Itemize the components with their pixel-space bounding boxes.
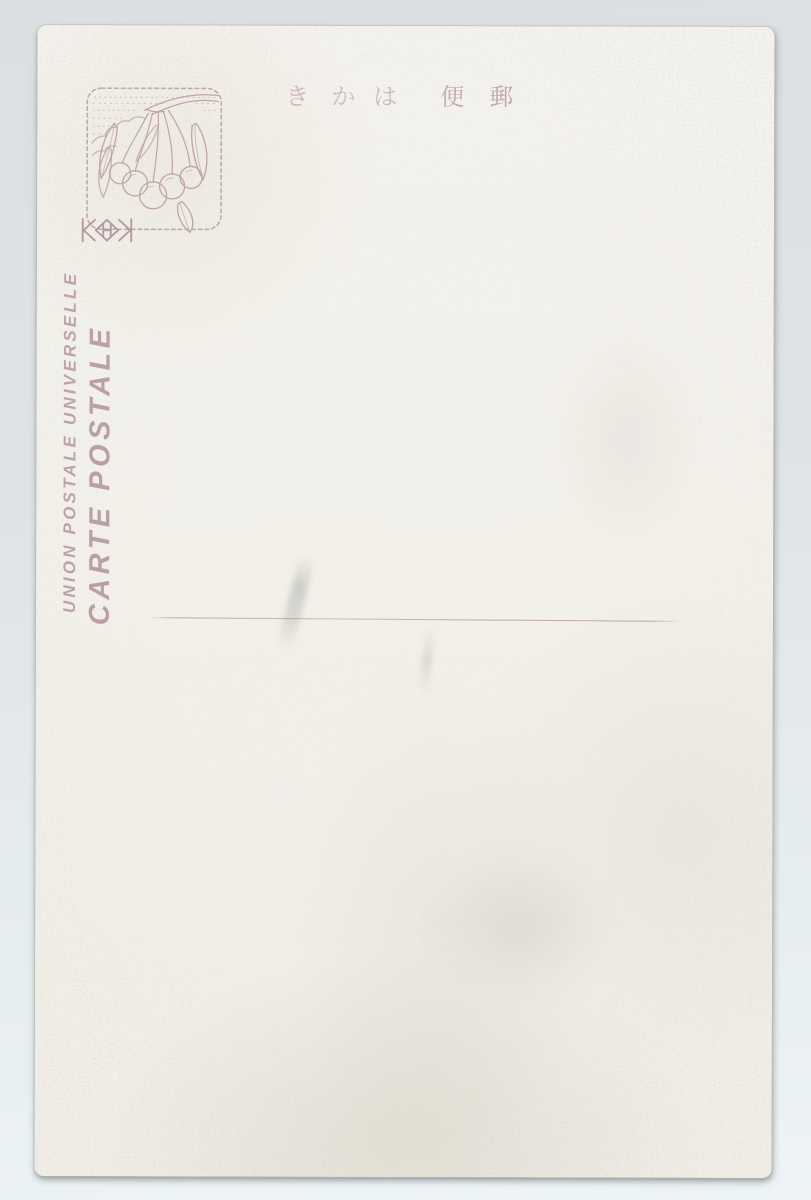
upu-side-text: UNION POSTALE UNIVERSELLE CARTE POSTALE bbox=[60, 293, 118, 625]
carte-postale-line: CARTE POSTALE bbox=[84, 293, 118, 625]
scan-background: { "postcard": { "top_label": { "chars": … bbox=[0, 0, 811, 1200]
postcard-top-label: き か は 便 郵 bbox=[37, 83, 774, 115]
smudge-mark bbox=[277, 553, 316, 650]
top-label-char: 便 bbox=[438, 84, 466, 112]
postcard-back: き か は 便 郵 UNION POSTALE UNIVERSELLE CART… bbox=[34, 25, 774, 1178]
address-divider-line bbox=[148, 617, 680, 623]
upu-line: UNION POSTALE UNIVERSELLE bbox=[60, 293, 81, 625]
top-label-char: き bbox=[283, 84, 311, 112]
stain-mark bbox=[425, 846, 615, 1006]
top-label-char: 郵 bbox=[487, 84, 515, 112]
khk-diamond-monogram-icon bbox=[79, 215, 135, 245]
smudge-mark bbox=[418, 626, 435, 697]
stain-mark bbox=[556, 326, 697, 546]
top-label-char: は bbox=[371, 84, 399, 112]
top-label-char: か bbox=[329, 84, 357, 112]
